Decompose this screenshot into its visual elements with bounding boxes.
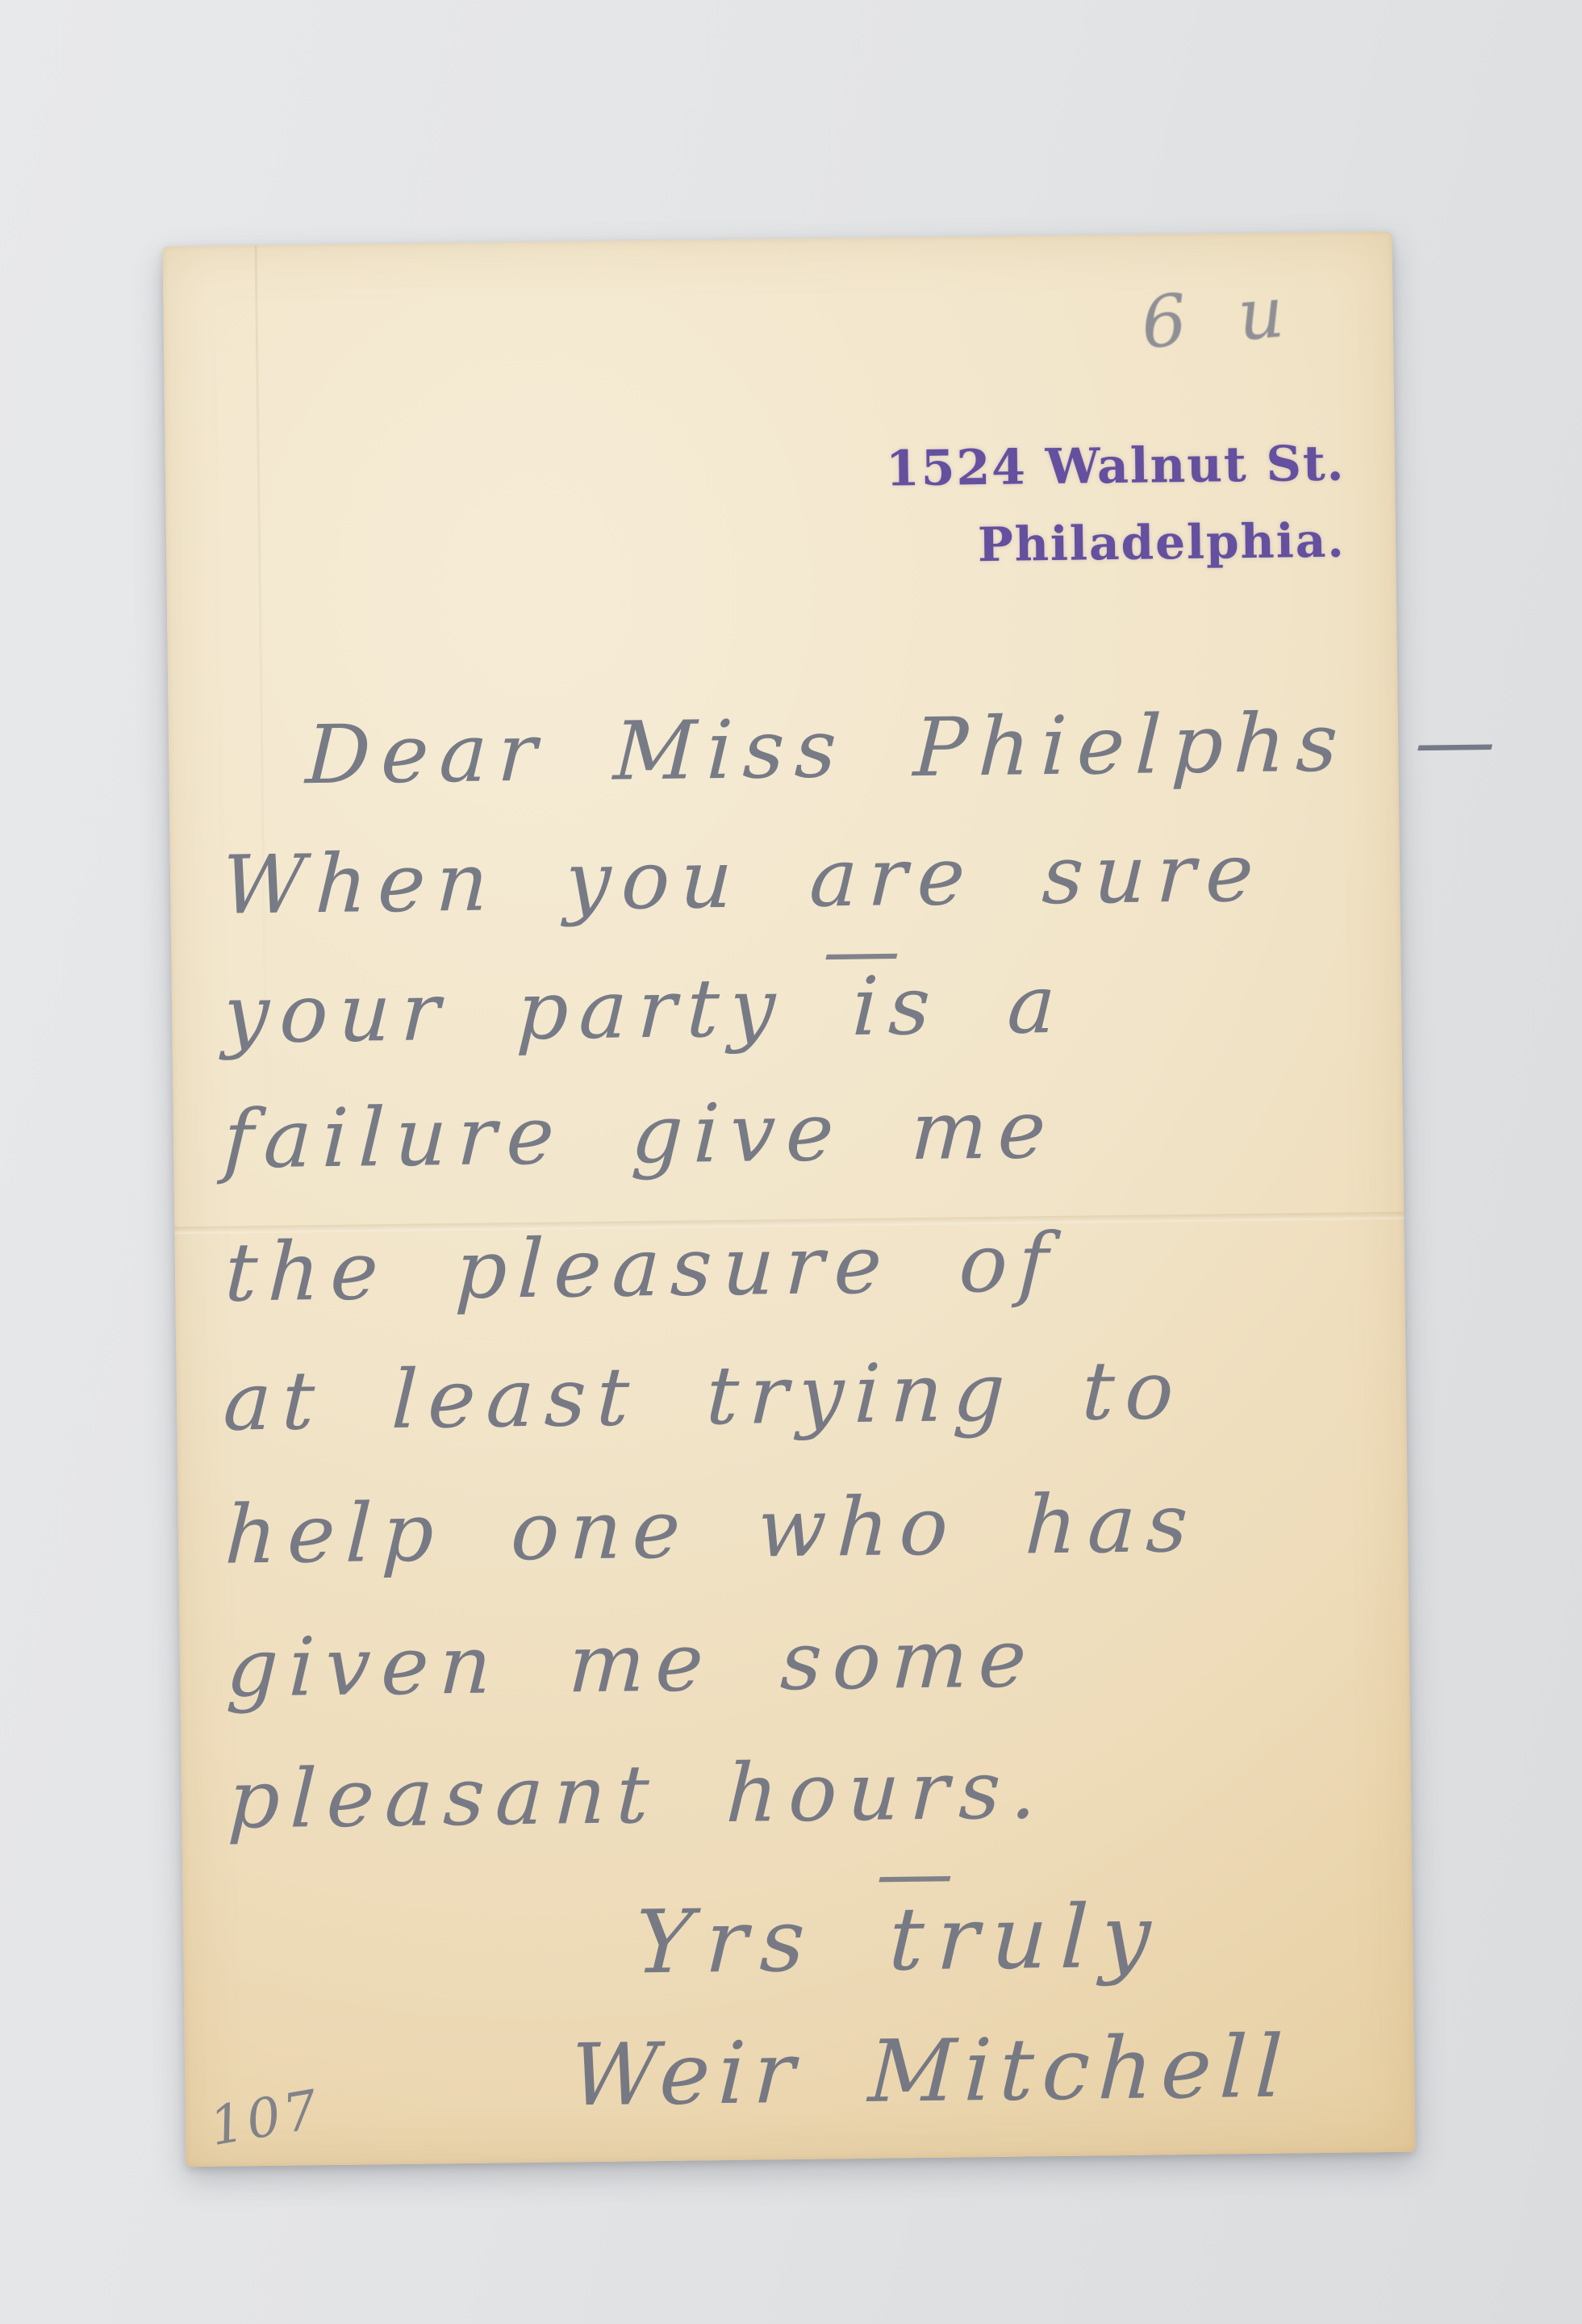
letter-body-line: failure give me xyxy=(222,1083,1058,1186)
letter-body-line: When you are sure xyxy=(220,826,1266,932)
letter-body-line: the pleasure of xyxy=(223,1216,1061,1319)
letter-body-line: at least trying to xyxy=(222,1344,1186,1448)
photograph-background: 1524 Walnut St. Philadelphia. 6 u Dear M… xyxy=(0,0,1582,2324)
pencil-annotation-top-right: 6 u xyxy=(1138,270,1301,366)
letter-signature: Weir Mitchell xyxy=(569,2017,1292,2125)
letter-salutation: Dear Miss Phielphs — xyxy=(304,694,1508,801)
letter-body-line: help one who has xyxy=(223,1477,1200,1582)
letter-paper: 1524 Walnut St. Philadelphia. 6 u Dear M… xyxy=(163,232,1416,2167)
letter-body-line: given me some xyxy=(225,1611,1039,1714)
letterhead-city: Philadelphia. xyxy=(978,513,1346,573)
pencil-catalog-number: 107 xyxy=(205,2078,325,2158)
letter-body-line: your party is a xyxy=(222,958,1068,1061)
letterhead-address: 1524 Walnut St. xyxy=(886,436,1346,498)
letter-closing: Yrs truly xyxy=(633,1887,1166,1993)
